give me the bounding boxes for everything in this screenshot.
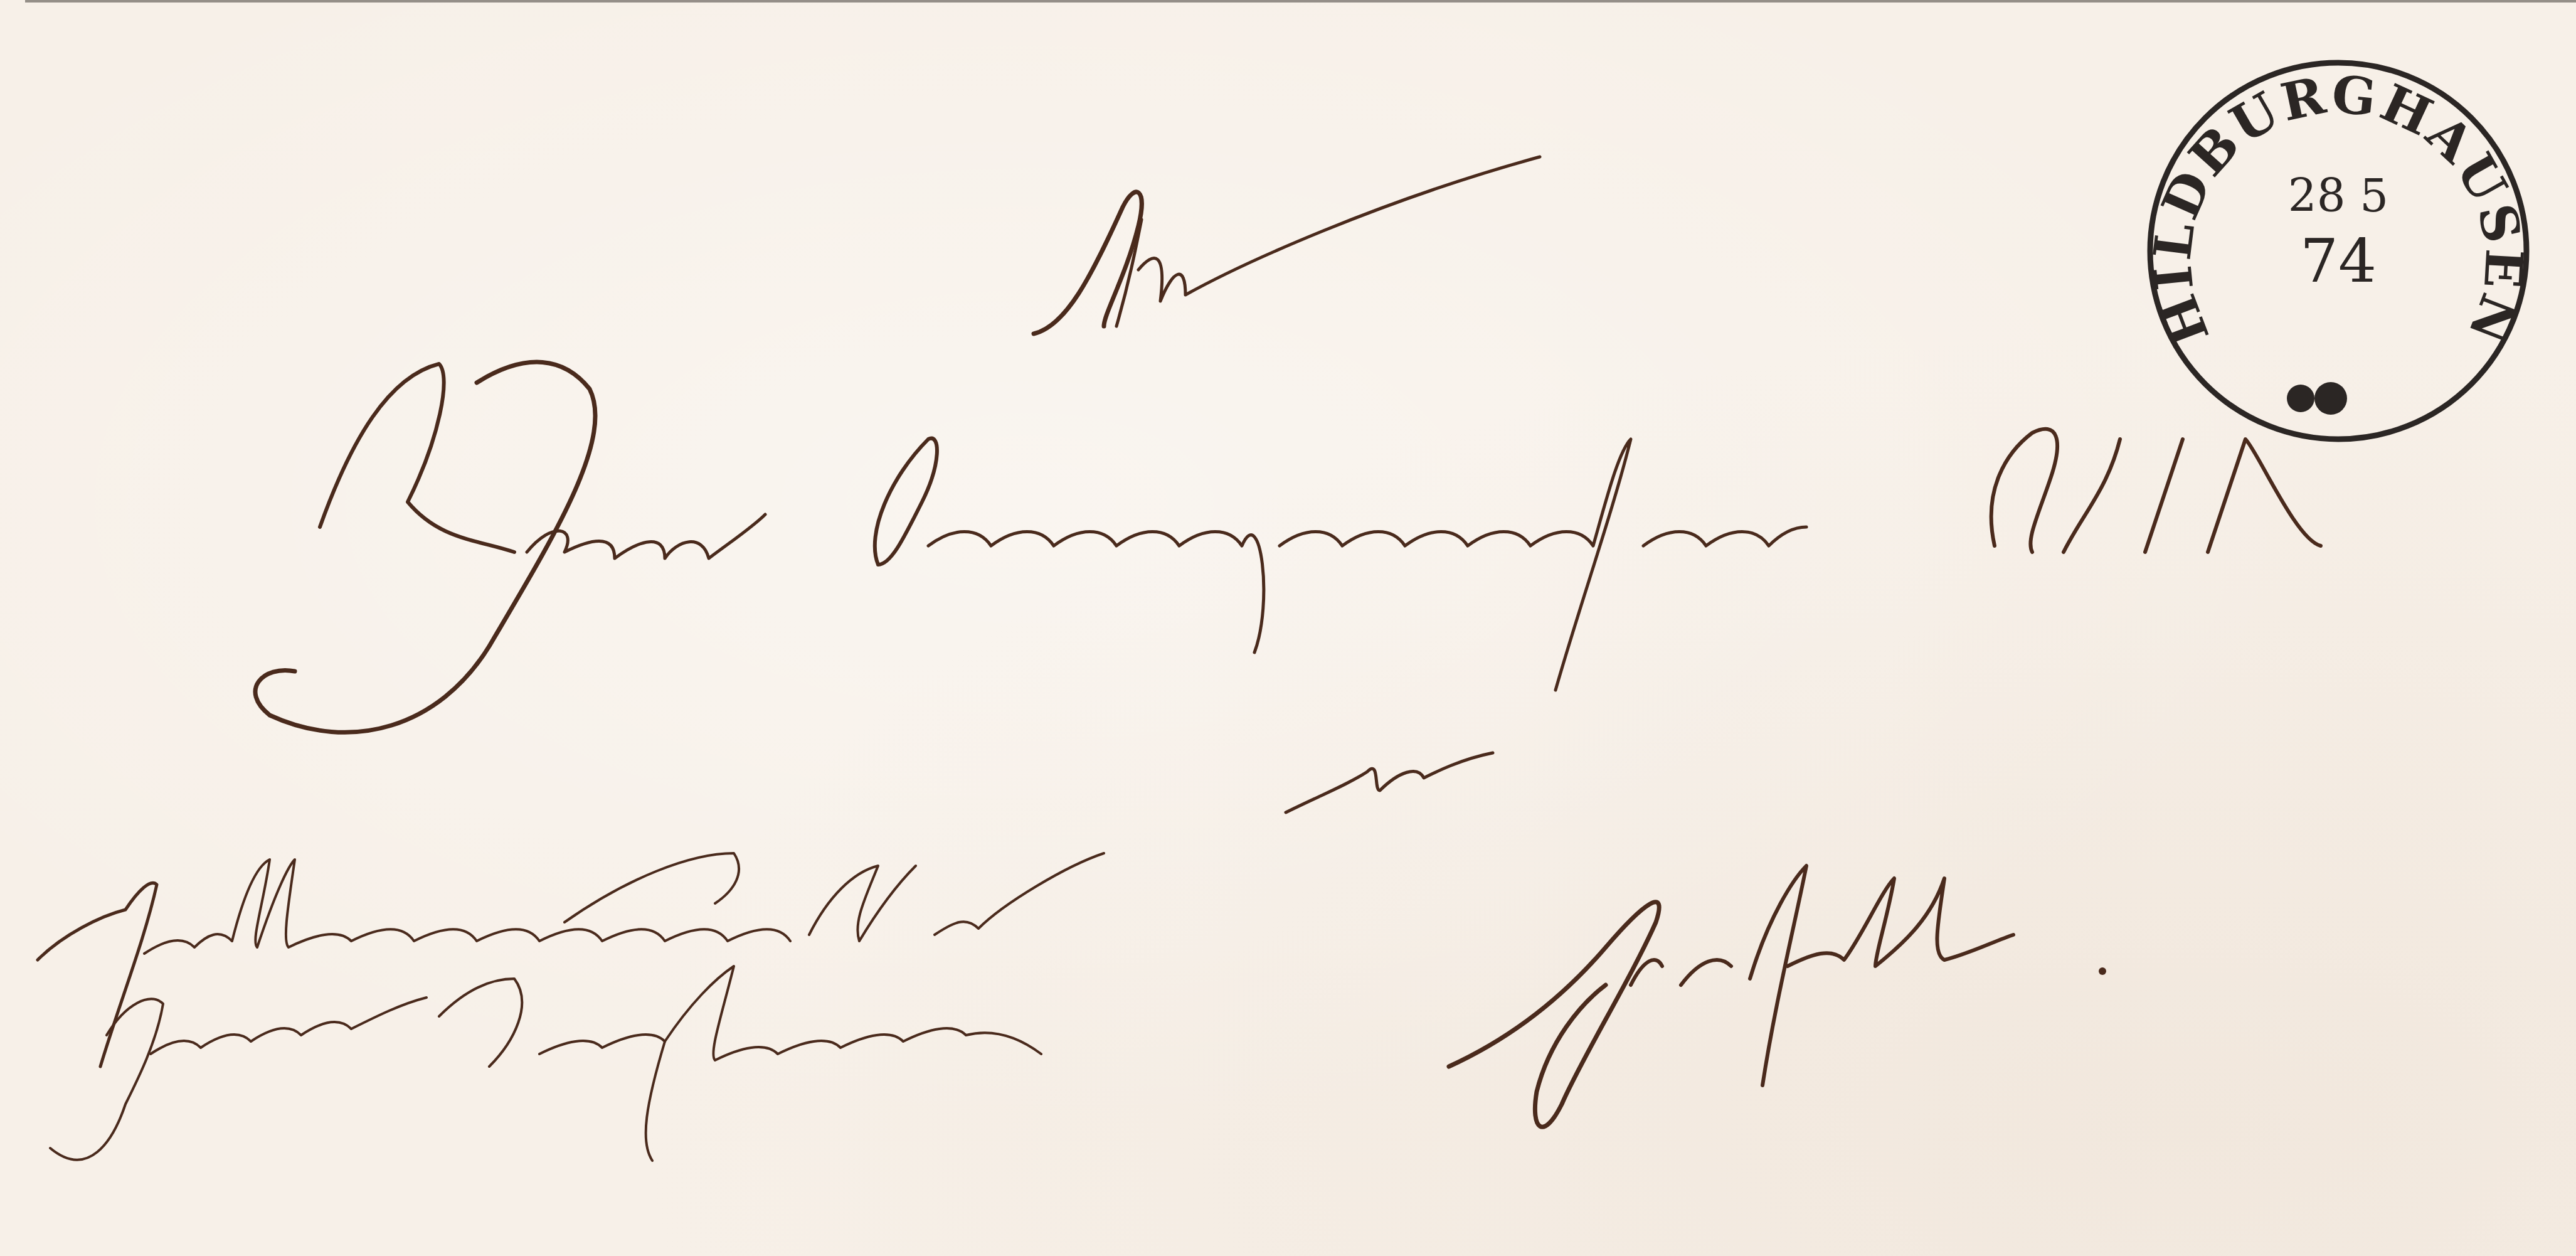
- destination-town: Eisfeld.: [1568, 941, 1682, 984]
- title-herrn: Herrn: [376, 502, 469, 545]
- postmark: HILDBURGHAUSEN 28 5 74 7-8: [2144, 56, 2533, 445]
- sender-note-line1: Frei lt. Avers. No. 1: [75, 903, 371, 947]
- preposition-in: in: [1330, 753, 1359, 796]
- cover-top-edge: [25, 0, 2576, 3]
- envelope-cover: HILDBURGHAUSEN 28 5 74 7-8 An Herrn Ober…: [0, 0, 2576, 1256]
- recipient-name: Oberbürgermeister Stoll: [878, 502, 1246, 545]
- sender-note-line2: Herzogl. Landrathsamt: [113, 1016, 464, 1060]
- postmark-day-month: 28 5: [2144, 169, 2533, 222]
- salutation-an: An: [1066, 263, 1108, 307]
- postmark-year: 74: [2144, 226, 2533, 296]
